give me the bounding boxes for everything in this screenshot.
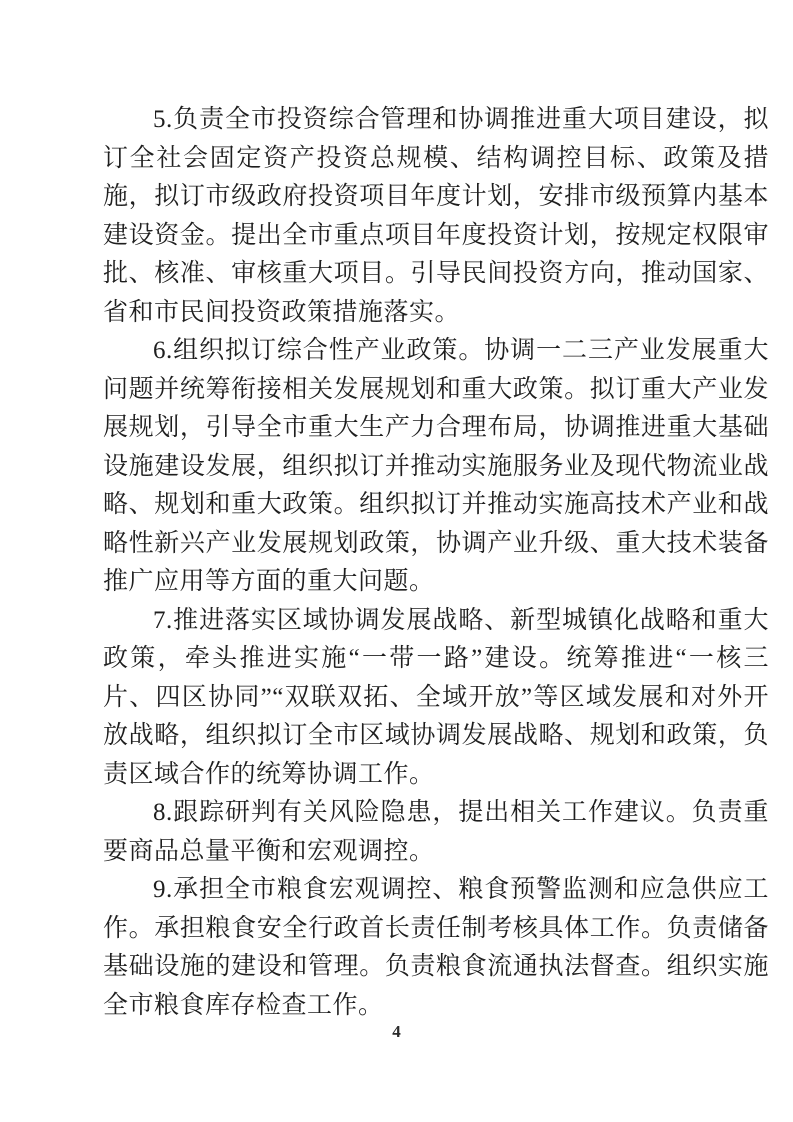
paragraph-item-8: 8.跟踪研判有关风险隐患，提出相关工作建议。负责重要商品总量平衡和宏观调控。	[103, 794, 769, 871]
paragraph-item-9: 9.承担全市粮食宏观调控、粮食预警监测和应急供应工作。承担粮食安全行政首长责任制…	[103, 871, 769, 1025]
body-text: 5.负责全市投资综合管理和协调推进重大项目建设，拟订全社会固定资产投资总规模、结…	[103, 101, 769, 1025]
page-number: 4	[0, 1020, 793, 1044]
paragraph-item-6: 6.组织拟订综合性产业政策。协调一二三产业发展重大问题并统筹衔接相关发展规划和重…	[103, 332, 769, 602]
paragraph-item-5: 5.负责全市投资综合管理和协调推进重大项目建设，拟订全社会固定资产投资总规模、结…	[103, 101, 769, 332]
paragraph-item-7: 7.推进落实区域协调发展战略、新型城镇化战略和重大政策，牵头推进实施“一带一路”…	[103, 602, 769, 795]
document-page: 5.负责全市投资综合管理和协调推进重大项目建设，拟订全社会固定资产投资总规模、结…	[0, 0, 793, 1122]
